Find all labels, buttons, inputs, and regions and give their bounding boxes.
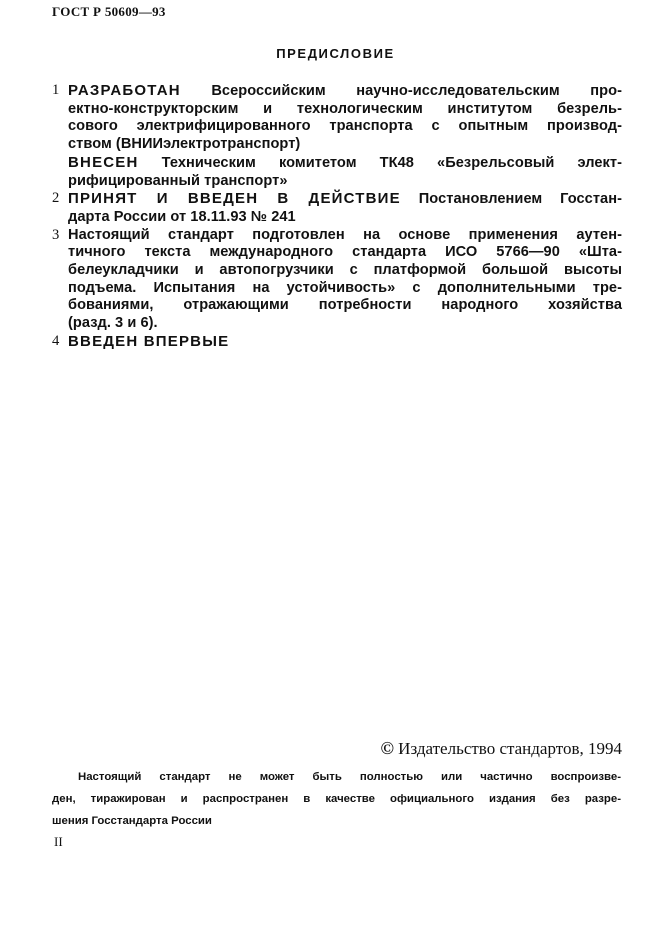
item-number: 1 [52, 82, 59, 100]
document-page: ГОСТ Р 50609—93 ПРЕДИСЛОВИЕ 1 РАЗРАБОТАН… [0, 0, 661, 936]
item-line: Настоящий стандарт подготовлен на основе… [68, 227, 622, 245]
item-text: Техническим комитетом ТК48 «Безрельсовый… [139, 155, 622, 171]
item-number: 4 [52, 333, 59, 351]
foreword-item-1: 1 РАЗРАБОТАН Всероссийским научно-исслед… [52, 82, 622, 190]
item-line: сового электрифицированного транспорта с… [68, 118, 622, 136]
item-text: Постановлением Госстан- [401, 191, 622, 207]
item-line: ектно-конструкторским и технологическим … [68, 101, 622, 119]
copyright-icon: © [380, 738, 393, 758]
item-line: бованиями, отражающими потребности народ… [68, 297, 622, 315]
notice-line: ден, тиражирован и распространен в качес… [52, 788, 621, 810]
item-lead: ВНЕСЕН [68, 154, 139, 171]
foreword-item-4: 4 ВВЕДЕН ВПЕРВЫЕ [52, 333, 622, 352]
item-line: ВНЕСЕН Техническим комитетом ТК48 «Безре… [68, 154, 622, 173]
item-line: подъема. Испытания на устойчивость» с до… [68, 280, 622, 298]
item-number: 2 [52, 190, 59, 208]
item-lead: РАЗРАБОТАН [68, 82, 181, 99]
copyright-text: Издательство стандартов, 1994 [398, 739, 622, 758]
item-line: рифицированный транспорт» [68, 173, 622, 191]
item-line: РАЗРАБОТАН Всероссийским научно-исследов… [68, 82, 622, 101]
item-line: ПРИНЯТ И ВВЕДЕН В ДЕЙСТВИЕ Постановление… [68, 190, 622, 209]
item-lead: ВВЕДЕН ВПЕРВЫЕ [68, 333, 229, 350]
item-line: ВВЕДЕН ВПЕРВЫЕ [68, 333, 622, 352]
foreword-item-3: 3 Настоящий стандарт подготовлен на осно… [52, 227, 622, 333]
document-id: ГОСТ Р 50609—93 [52, 4, 166, 20]
item-text: Всероссийским научно-исследовательским п… [181, 83, 622, 99]
notice-line: Настоящий стандарт не может быть полност… [52, 766, 621, 788]
item-line: ством (ВНИИэлектротранспорт) [68, 136, 622, 154]
item-line: белеукладчики и автопогрузчики с платфор… [68, 262, 622, 280]
section-title: ПРЕДИСЛОВИЕ [0, 46, 661, 61]
page-number: II [54, 834, 63, 850]
item-line: (разд. 3 и 6). [68, 315, 622, 333]
item-line: дарта России от 18.11.93 № 241 [68, 209, 622, 227]
item-number: 3 [52, 227, 59, 245]
foreword-body: 1 РАЗРАБОТАН Всероссийским научно-исслед… [52, 82, 622, 352]
item-line: тичного текста международного стандарта … [68, 244, 622, 262]
copyright-line: © Издательство стандартов, 1994 [380, 738, 622, 759]
item-lead: ПРИНЯТ И ВВЕДЕН В ДЕЙСТВИЕ [68, 190, 401, 207]
notice-line: шения Госстандарта России [52, 810, 621, 832]
reproduction-notice: Настоящий стандарт не может быть полност… [52, 766, 621, 832]
foreword-item-2: 2 ПРИНЯТ И ВВЕДЕН В ДЕЙСТВИЕ Постановлен… [52, 190, 622, 226]
